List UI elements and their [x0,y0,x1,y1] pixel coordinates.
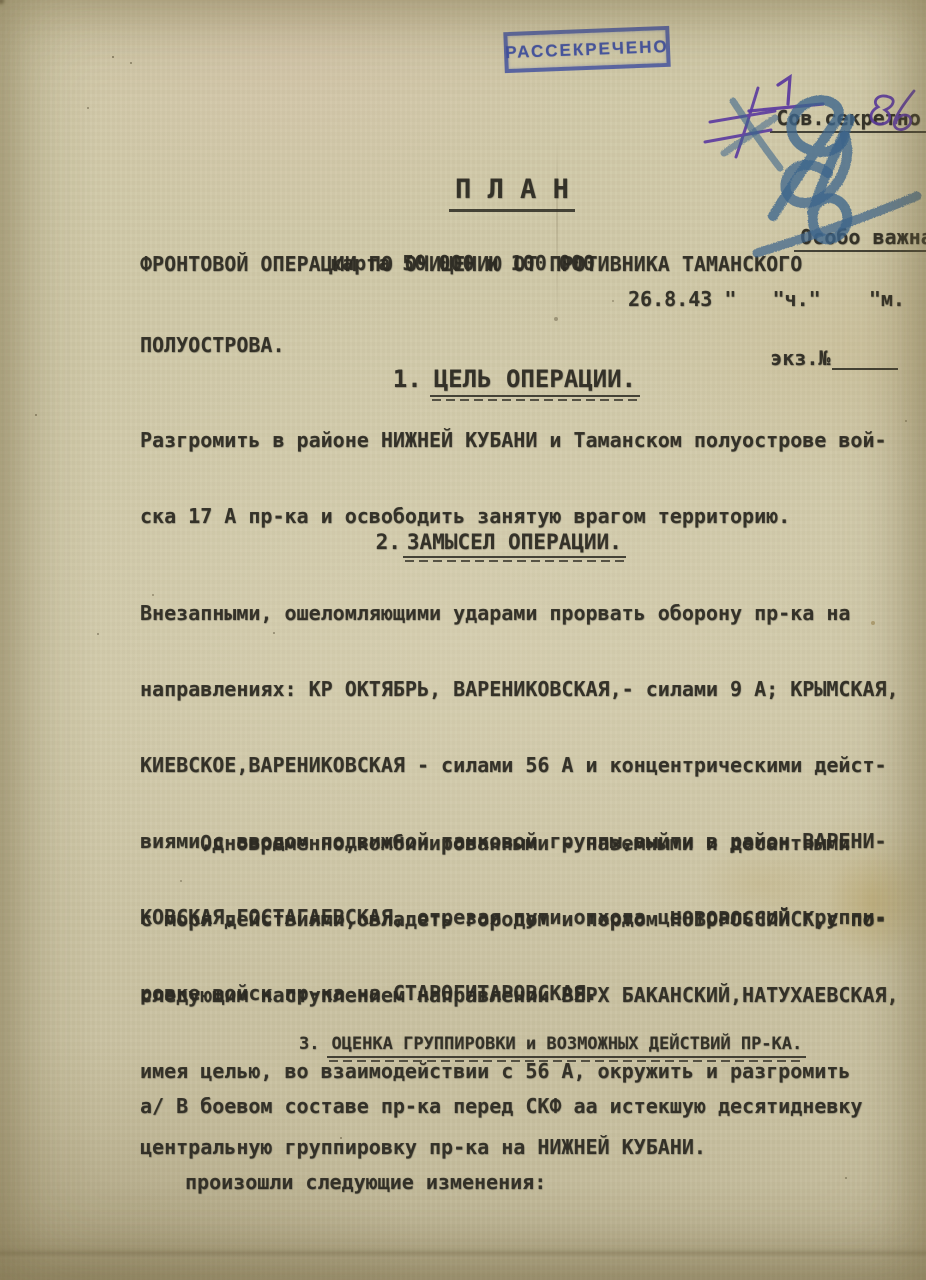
typed-line: Разгромить в районе НИЖНЕЙ КУБАНИ и Тама… [140,421,887,459]
typed-line: с моря действиями,овладеть городом и пор… [140,900,899,938]
typed-line: а/ В боевом составе пр-ка перед СКФ аа и… [140,1087,862,1125]
document-page: РАССЕКРЕЧЕНО Сов.секретно Особо важная э… [0,0,926,1280]
typed-line: следующим наступлением направлении ВЕРХ … [140,976,899,1014]
declassified-stamp: РАССЕКРЕЧЕНО [503,26,670,73]
classification-line-secret: Сов.секретно [698,84,926,156]
section-2-title: ЗАМЫСЕЛ ОПЕРАЦИИ. [403,530,626,558]
paper-specks [112,56,114,58]
date-time-line: 26.8.43 " "ч." "м. [628,287,905,311]
typed-line: Внезапными, ошеломляющими ударами прорва… [140,594,899,632]
section-2-number: 2. [376,530,403,554]
typed-line: направлениях: КР ОКТЯБРЬ, ВАРЕНИКОВСКАЯ,… [140,670,899,708]
section-3-body: а/ В боевом составе пр-ка перед СКФ аа и… [140,1049,862,1239]
bottom-crease [0,1248,926,1258]
copy-number-underline [832,350,898,370]
map-scale-note: карта 50 000 и 100 000 [330,251,595,275]
typed-line: произошли следующие изменения: [140,1163,862,1201]
typed-line: КИЕВСКОЕ,ВАРЕНИКОВСКАЯ - силами 56 А и к… [140,746,899,784]
typed-line: Одновременно,комбинированными - наземным… [140,824,899,862]
